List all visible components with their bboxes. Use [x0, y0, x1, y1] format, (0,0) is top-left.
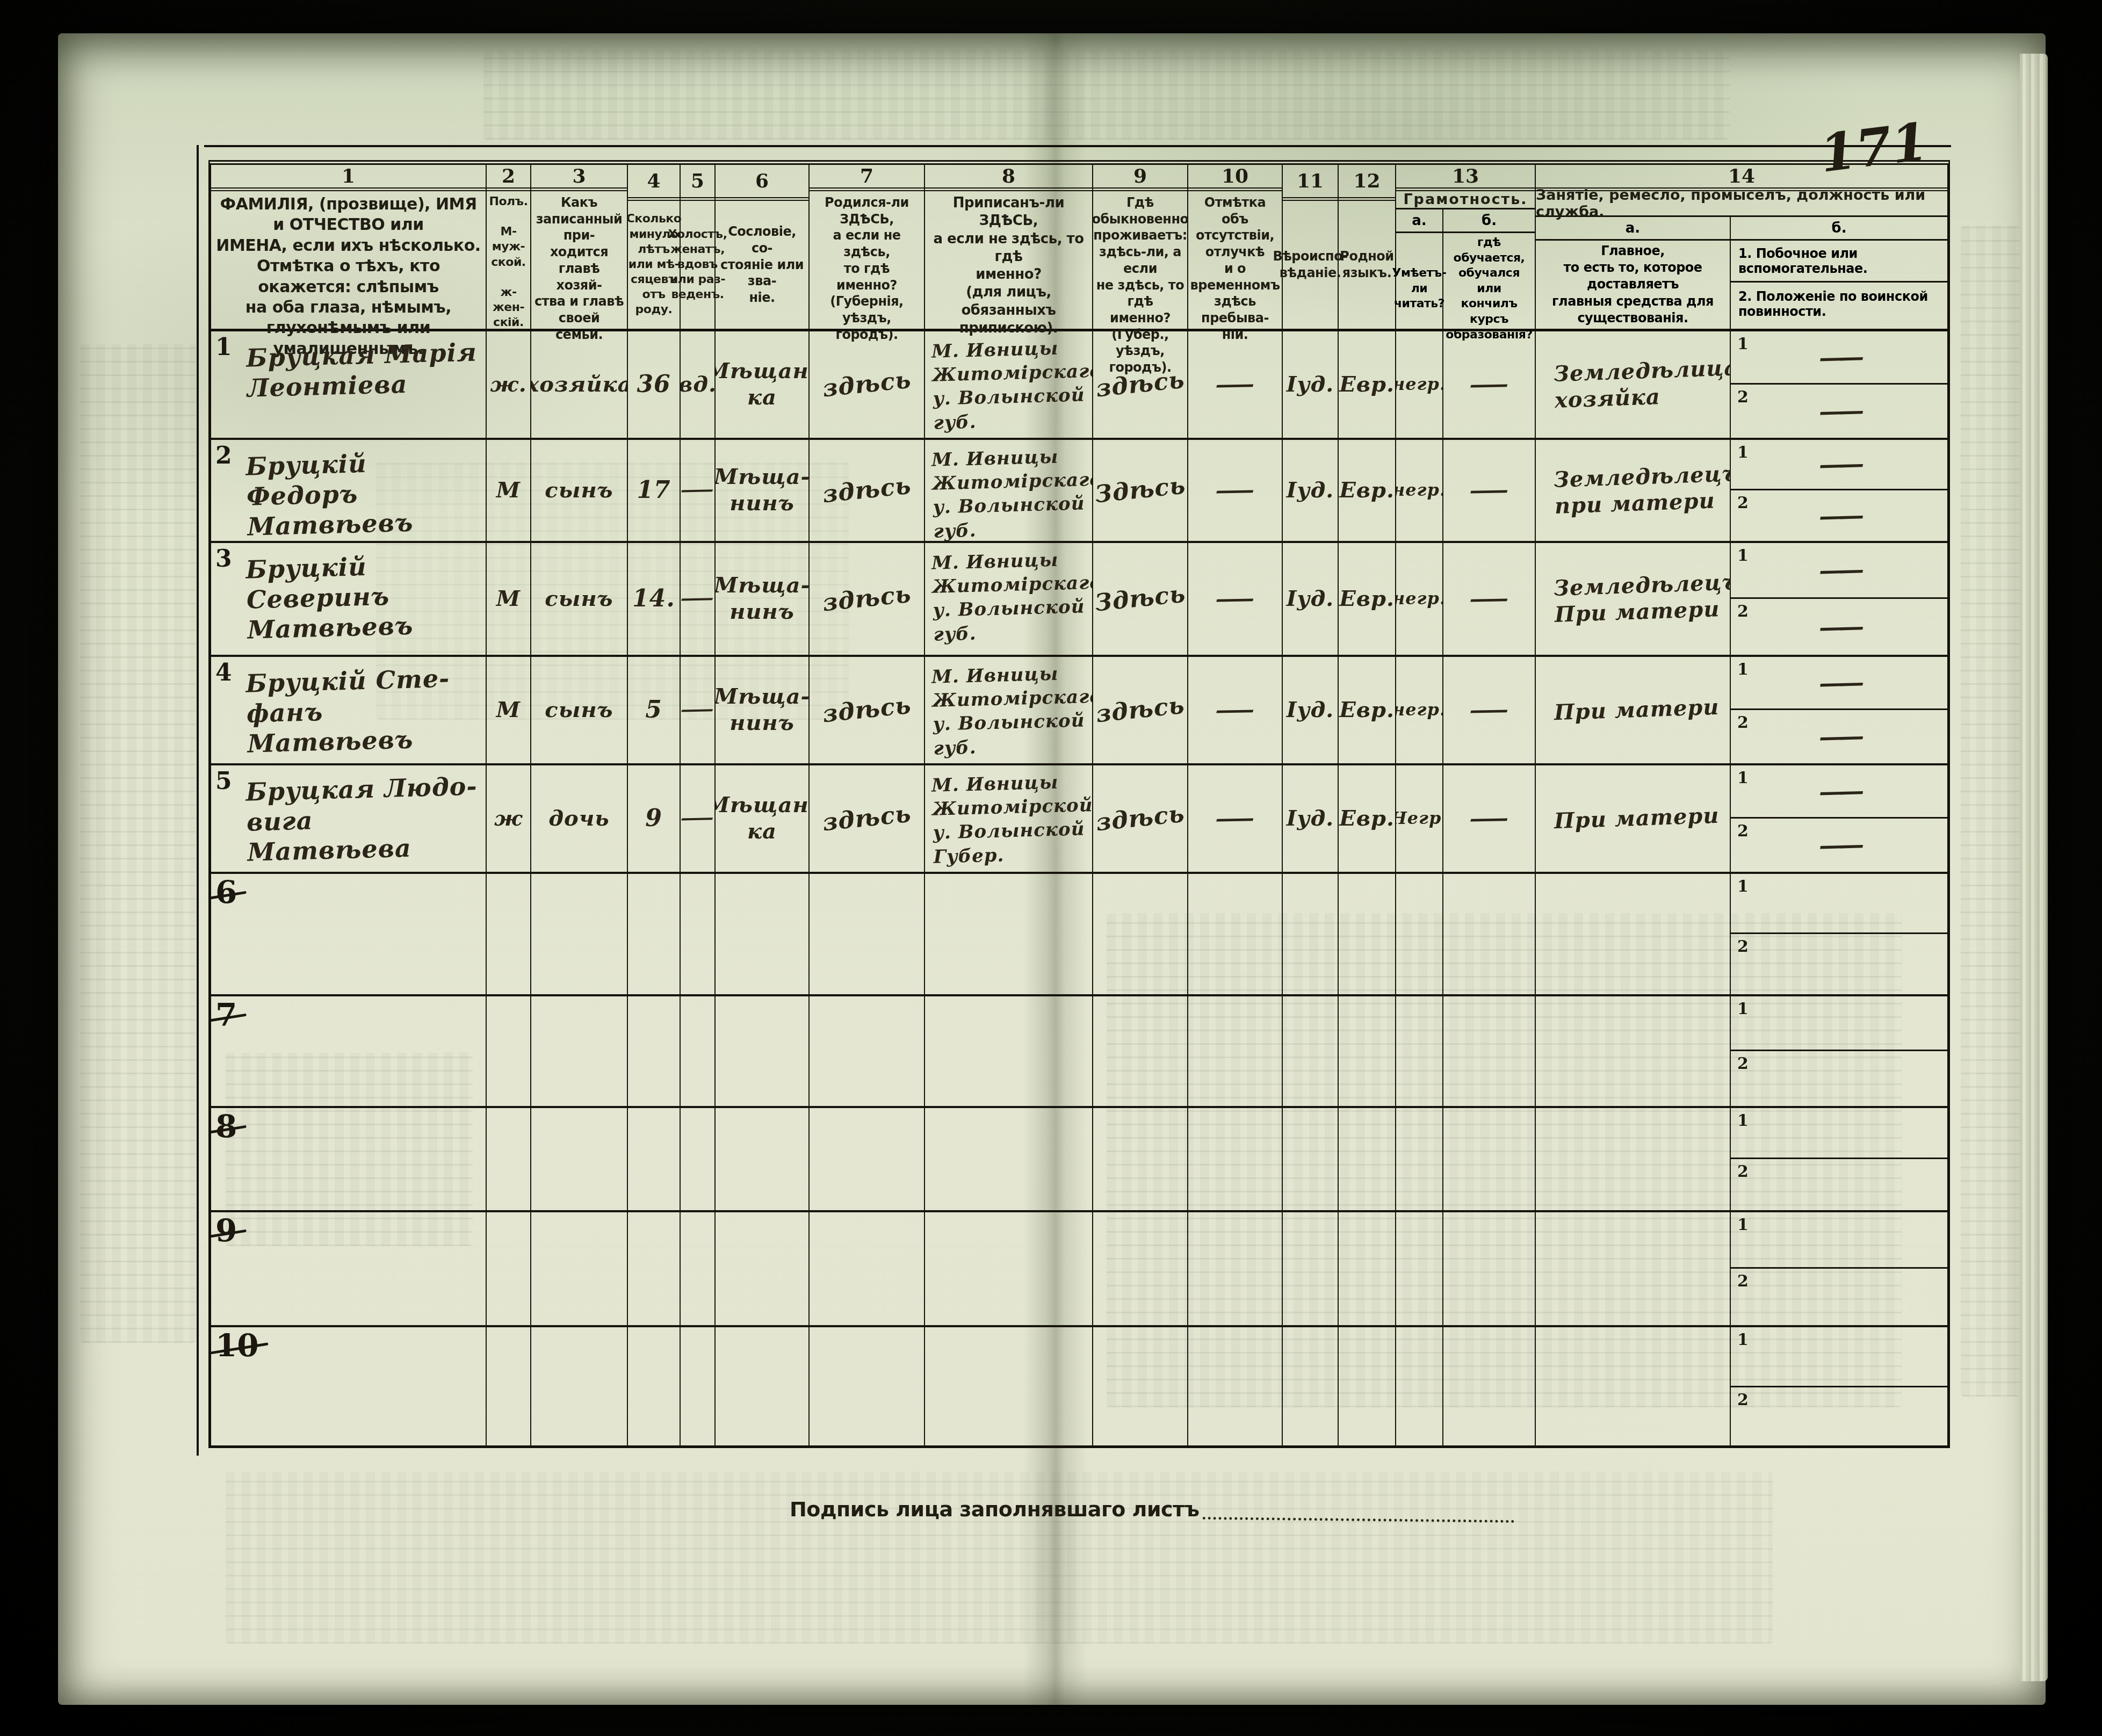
side-occupation-1: 1	[1731, 1108, 1947, 1159]
col-header-literacy-group: 13 Грамотность. а. Умѣетъ- ли читать? б.…	[1396, 165, 1536, 329]
name-cell: 2Бруцкій Федоръ Матвѣевъ	[211, 440, 487, 541]
col-number: 9	[1093, 165, 1187, 191]
table-row: 1Бруцкая Марія Леонтіева ж. хозяйка 36 в…	[211, 331, 1947, 440]
col-header-sex: 2 Полъ. М-муж- ской. ж-жен- скій.	[487, 165, 531, 329]
name-cell: 3Бруцкій Северинъ Матвѣевъ	[211, 543, 487, 655]
absence-cell	[1188, 1327, 1283, 1448]
side-occupation-1: 1	[1731, 874, 1947, 934]
literacy-edu-cell	[1443, 1327, 1536, 1448]
relation-cell	[531, 1108, 628, 1210]
age-cell: 17	[628, 440, 681, 541]
col-header-text: Полъ. М-муж- ской. ж-жен- скій.	[487, 191, 530, 334]
born-cell: здѣсь	[810, 543, 925, 655]
literacy-a-text: Умѣетъ- ли читать?	[1396, 233, 1442, 345]
literacy-a-col: а. Умѣетъ- ли читать?	[1396, 209, 1443, 345]
religion-cell	[1283, 1108, 1339, 1210]
relation-cell: сынъ	[531, 440, 628, 541]
relation-cell	[531, 1327, 628, 1448]
name-cell: 1Бруцкая Марія Леонтіева	[211, 331, 487, 438]
resides-cell	[1093, 1327, 1188, 1448]
col-number: 12	[1339, 165, 1395, 201]
registered-cell: М. Ивницы Житомірскаго у. Волынской губ.	[925, 657, 1093, 763]
occupation-b1-text: 1. Побочное или вспомогательнае.	[1731, 241, 1947, 283]
side-occupation-1: 1——	[1731, 765, 1947, 819]
table-row: 8 1 2	[211, 1108, 1947, 1212]
marital-cell	[681, 1212, 716, 1325]
sex-cell	[487, 1108, 531, 1210]
table-outer-left-rule	[197, 145, 199, 1456]
col-header-text: Холостъ, женатъ, вдовъ или раз- веденъ.	[681, 201, 714, 329]
table-row: 3Бруцкій Северинъ Матвѣевъ М сынъ 14. — …	[211, 543, 1947, 657]
col-header-text: Вѣроиспо- вѣданіе.	[1283, 201, 1338, 329]
literacy-group-label: Грамотность.	[1396, 191, 1535, 209]
sex-cell: М	[487, 657, 531, 763]
language-cell: Евр.	[1339, 543, 1396, 655]
occupation-main-cell	[1536, 1108, 1731, 1210]
side-occupation-2: 2	[1731, 1387, 1947, 1448]
estate-cell	[716, 996, 810, 1106]
marital-cell	[681, 996, 716, 1106]
name-cell: 5Бруцкая Людо- вига Матвѣева	[211, 765, 487, 872]
occupation-main-cell: Земледѣлецъ при матери	[1536, 440, 1731, 541]
col-header-estate: 6 Сословіе, со- стояніе или зва- ніе.	[716, 165, 810, 329]
language-cell: Евр.	[1339, 657, 1396, 763]
resides-cell	[1093, 874, 1188, 994]
table-row: 4Бруцкій Сте- фанъ Матвѣевъ М сынъ 5 — М…	[211, 657, 1947, 765]
registered-cell: М. Ивницы Житомірскаго у. Волынской губ.	[925, 440, 1093, 541]
born-cell	[810, 1327, 925, 1448]
signature-label: Подпись лица заполнявшаго листъ	[790, 1498, 1200, 1521]
literacy-edu-cell: —	[1443, 543, 1536, 655]
language-cell	[1339, 1108, 1396, 1210]
literacy-edu-cell	[1443, 1108, 1536, 1210]
resides-cell	[1093, 996, 1188, 1106]
language-cell	[1339, 874, 1396, 994]
absence-cell: —	[1188, 440, 1283, 541]
col-number: 4	[628, 165, 680, 201]
table-row: 5Бруцкая Людо- вига Матвѣева ж дочь 9 — …	[211, 765, 1947, 874]
resides-cell: Здѣсь	[1093, 543, 1188, 655]
literacy-read-cell: негр.	[1396, 657, 1443, 763]
side-occupation-1: 1	[1731, 996, 1947, 1051]
literacy-edu-cell: —	[1443, 331, 1536, 438]
col-header-language: 12 Родной языкъ.	[1339, 165, 1396, 329]
age-cell	[628, 996, 681, 1106]
estate-cell	[716, 1327, 810, 1448]
absence-cell	[1188, 874, 1283, 994]
occupation-main-cell	[1536, 1212, 1731, 1325]
registered-cell	[925, 1327, 1093, 1448]
relation-cell	[531, 1212, 628, 1325]
occupation-side-cell: 1—— 2——	[1731, 440, 1947, 541]
born-cell	[810, 874, 925, 994]
side-occupation-2: 2	[1731, 934, 1947, 994]
col-number: 13	[1396, 165, 1535, 191]
side-occupation-2: 2——	[1731, 490, 1947, 541]
table-header: 1 ФАМИЛІЯ, (прозвище), ИМЯ и ОТЧЕСТВО ил…	[211, 165, 1947, 331]
occupation-side-cell: 1 2	[1731, 1212, 1947, 1325]
occupation-main-cell: Земледѣлица хозяйка	[1536, 331, 1731, 438]
sex-cell: ж	[487, 765, 531, 872]
estate-cell: Мѣща- нинъ	[716, 657, 810, 763]
occupation-side-cell: 1—— 2——	[1731, 765, 1947, 872]
table-row: 9 1 2	[211, 1212, 1947, 1327]
resides-cell: здѣсь	[1093, 765, 1188, 872]
name-cell: 6	[211, 874, 487, 994]
estate-cell	[716, 874, 810, 994]
born-cell	[810, 996, 925, 1106]
relation-cell	[531, 996, 628, 1106]
name-cell: 9	[211, 1212, 487, 1325]
born-cell	[810, 1212, 925, 1325]
estate-cell	[716, 1108, 810, 1210]
age-cell: 9	[628, 765, 681, 872]
religion-cell: Іуд.	[1283, 765, 1339, 872]
name-cell: 4Бруцкій Сте- фанъ Матвѣевъ	[211, 657, 487, 763]
sub-label-b: б.	[1443, 209, 1535, 233]
table-row: 2Бруцкій Федоръ Матвѣевъ М сынъ 17 — Мѣщ…	[211, 440, 1947, 543]
col-header-occupation-group: 14 Занятіе, ремесло, промыселъ, должност…	[1536, 165, 1947, 329]
language-cell	[1339, 1327, 1396, 1448]
row-number: 8	[215, 1108, 237, 1145]
resides-cell: здѣсь	[1093, 331, 1188, 438]
language-cell: Евр.	[1339, 440, 1396, 541]
literacy-read-cell: негр.	[1396, 331, 1443, 438]
col-number: 2	[487, 165, 530, 191]
col-number: 6	[716, 165, 808, 201]
marital-cell	[681, 874, 716, 994]
col-header-registration: 8 Приписанъ-ли ЗДѢСЬ, а если не здѣсь, т…	[925, 165, 1093, 329]
marital-cell: вд.	[681, 331, 716, 438]
born-cell	[810, 1108, 925, 1210]
resides-cell	[1093, 1212, 1188, 1325]
table-outer-top-rule	[204, 145, 1951, 147]
literacy-b-col: б. гдѣ обучается, обучался или кончилъ к…	[1443, 209, 1535, 345]
side-occupation-2: 2	[1731, 1269, 1947, 1325]
occupation-side-cell: 1 2	[1731, 1327, 1947, 1448]
occupation-main-cell	[1536, 1327, 1731, 1448]
row-number: 10	[215, 1327, 259, 1364]
literacy-read-cell	[1396, 874, 1443, 994]
religion-cell: Іуд.	[1283, 657, 1339, 763]
relation-cell: дочь	[531, 765, 628, 872]
age-cell	[628, 874, 681, 994]
literacy-read-cell: негр.	[1396, 543, 1443, 655]
religion-cell	[1283, 1327, 1339, 1448]
name-cell: 8	[211, 1108, 487, 1210]
signature-line: Подпись лица заполнявшаго листъ	[790, 1498, 1514, 1521]
row-number: 7	[215, 996, 237, 1033]
side-occupation-1: 1	[1731, 1327, 1947, 1387]
religion-cell: Іуд.	[1283, 331, 1339, 438]
side-occupation-1: 1	[1731, 1212, 1947, 1269]
occupation-main-cell	[1536, 874, 1731, 994]
registered-cell	[925, 874, 1093, 994]
occupation-main-cell	[1536, 996, 1731, 1106]
sex-cell	[487, 874, 531, 994]
col-number: 1	[211, 165, 486, 191]
table-row: 7 1 2	[211, 996, 1947, 1108]
side-occupation-2: 2——	[1731, 710, 1947, 763]
born-cell: здѣсь	[810, 440, 925, 541]
registered-cell: М. Ивницы Житомірской у. Волынской Губер…	[925, 765, 1093, 872]
table-row: 6 1 2	[211, 874, 1947, 996]
marital-cell	[681, 1327, 716, 1448]
col-header-text: Какъ записанный при- ходится главѣ хозяй…	[531, 191, 627, 346]
occupation-side-cell: 1 2	[1731, 1108, 1947, 1210]
literacy-read-cell	[1396, 1327, 1443, 1448]
resides-cell	[1093, 1108, 1188, 1210]
age-cell: 5	[628, 657, 681, 763]
resides-cell: здѣсь	[1093, 657, 1188, 763]
relation-cell: хозяйка	[531, 331, 628, 438]
sex-cell: М	[487, 543, 531, 655]
sex-cell: М	[487, 440, 531, 541]
col-number: 10	[1188, 165, 1282, 191]
registered-cell: М. Ивницы Житомірскаго у. Волынской губ.	[925, 331, 1093, 438]
name-cell: 7	[211, 996, 487, 1106]
sex-cell	[487, 996, 531, 1106]
absence-cell: —	[1188, 543, 1283, 655]
estate-cell: Мѣща- нинъ	[716, 543, 810, 655]
age-cell: 36	[628, 331, 681, 438]
side-occupation-2: 2——	[1731, 599, 1947, 655]
literacy-read-cell	[1396, 996, 1443, 1106]
marital-cell: —	[681, 765, 716, 872]
estate-cell: Мѣщан- ка	[716, 331, 810, 438]
occupation-group-label: Занятіе, ремесло, промыселъ, должность и…	[1536, 191, 1947, 217]
sub-label-a: а.	[1536, 217, 1730, 241]
table-row: 10 1 2	[211, 1327, 1947, 1448]
occupation-side-cell: 1—— 2——	[1731, 657, 1947, 763]
col-header-marital: 5 Холостъ, женатъ, вдовъ или раз- веденъ…	[681, 165, 716, 329]
col-header-text: Приписанъ-ли ЗДѢСЬ, а если не здѣсь, то …	[925, 191, 1092, 341]
col-number: 3	[531, 165, 627, 191]
sex-cell	[487, 1212, 531, 1325]
row-number: 6	[215, 874, 237, 910]
registered-cell	[925, 1212, 1093, 1325]
language-cell	[1339, 996, 1396, 1106]
side-occupation-1: 1——	[1731, 440, 1947, 490]
born-cell: здѣсь	[810, 657, 925, 763]
row-number: 5	[215, 768, 232, 795]
absence-cell: —	[1188, 765, 1283, 872]
literacy-edu-cell: —	[1443, 657, 1536, 763]
language-cell: Евр.	[1339, 765, 1396, 872]
occupation-side-cell: 1 2	[1731, 996, 1947, 1106]
col-number: 7	[810, 165, 924, 191]
relation-cell: сынъ	[531, 657, 628, 763]
occupation-a-text: Главное, то есть то, которое доставляетъ…	[1536, 241, 1730, 329]
row-number: 4	[215, 659, 232, 686]
relation-cell: сынъ	[531, 543, 628, 655]
col-header-text: Родился-ли ЗДѢСЬ, а если не здѣсь, то гд…	[810, 191, 924, 346]
row-number: 2	[215, 442, 232, 469]
absence-cell	[1188, 996, 1283, 1106]
estate-cell: Мѣщан- ка	[716, 765, 810, 872]
registered-cell	[925, 1108, 1093, 1210]
literacy-read-cell: Негр.	[1396, 765, 1443, 872]
literacy-edu-cell	[1443, 996, 1536, 1106]
col-header-surname: 1 ФАМИЛІЯ, (прозвище), ИМЯ и ОТЧЕСТВО ил…	[211, 165, 487, 329]
side-occupation-2: 2	[1731, 1051, 1947, 1106]
relation-cell	[531, 874, 628, 994]
religion-cell: Іуд.	[1283, 440, 1339, 541]
occupation-b-col: б. 1. Побочное или вспомогательнае. 2. П…	[1731, 217, 1947, 329]
col-number: 5	[681, 165, 714, 201]
row-number: 3	[215, 545, 232, 573]
religion-cell: Іуд.	[1283, 543, 1339, 655]
religion-cell	[1283, 1212, 1339, 1325]
col-header-residence: 9 Гдѣ обыкновенно проживаетъ: здѣсь-ли, …	[1093, 165, 1188, 329]
col-header-relation: 3 Какъ записанный при- ходится главѣ хоз…	[531, 165, 628, 329]
born-cell: здѣсь	[810, 765, 925, 872]
resides-cell: Здѣсь	[1093, 440, 1188, 541]
marital-cell	[681, 1108, 716, 1210]
language-cell	[1339, 1212, 1396, 1325]
occupation-main-cell: Земледѣлецъ При матери	[1536, 543, 1731, 655]
literacy-edu-cell	[1443, 874, 1536, 994]
col-header-birthplace: 7 Родился-ли ЗДѢСЬ, а если не здѣсь, то …	[810, 165, 925, 329]
literacy-b-text: гдѣ обучается, обучался или кончилъ курс…	[1443, 233, 1535, 345]
literacy-edu-cell: —	[1443, 440, 1536, 541]
language-cell: Евр.	[1339, 331, 1396, 438]
age-cell: 14.	[628, 543, 681, 655]
absence-cell	[1188, 1212, 1283, 1325]
col-header-text: Родной языкъ.	[1339, 201, 1395, 329]
absence-cell: —	[1188, 331, 1283, 438]
born-cell: здѣсь	[810, 331, 925, 438]
occupation-side-cell: 1—— 2——	[1731, 543, 1947, 655]
occupation-side-cell: 1—— 2——	[1731, 331, 1947, 438]
registered-cell	[925, 996, 1093, 1106]
col-number: 11	[1283, 165, 1338, 201]
side-occupation-1: 1——	[1731, 543, 1947, 599]
age-cell	[628, 1212, 681, 1325]
marital-cell: —	[681, 543, 716, 655]
side-occupation-1: 1——	[1731, 657, 1947, 710]
literacy-read-cell	[1396, 1108, 1443, 1210]
col-header-text: Сословіе, со- стояніе или зва- ніе.	[716, 201, 808, 329]
occupation-b2-text: 2. Положеніе по воинской повинности.	[1731, 283, 1947, 329]
side-occupation-2: 2——	[1731, 819, 1947, 872]
estate-cell: Мѣща- нинъ	[716, 440, 810, 541]
col-header-absence: 10 Отмѣтка объ отсутствіи, отлучкѣ и о в…	[1188, 165, 1283, 329]
row-number: 1	[215, 334, 232, 361]
census-table: 1 ФАМИЛІЯ, (прозвище), ИМЯ и ОТЧЕСТВО ил…	[208, 160, 1950, 1448]
col-header-text: Отмѣтка объ отсутствіи, отлучкѣ и о врем…	[1188, 191, 1282, 346]
marital-cell: —	[681, 440, 716, 541]
signature-dotted-line	[1202, 1499, 1514, 1523]
occupation-a-col: а. Главное, то есть то, которое доставля…	[1536, 217, 1731, 329]
occupation-main-cell: При матери	[1536, 657, 1731, 763]
sub-label-a: а.	[1396, 209, 1442, 233]
literacy-read-cell: негр.	[1396, 440, 1443, 541]
side-occupation-2: 2	[1731, 1159, 1947, 1210]
col-header-religion: 11 Вѣроиспо- вѣданіе.	[1283, 165, 1339, 329]
side-occupation-1: 1——	[1731, 331, 1947, 385]
religion-cell	[1283, 996, 1339, 1106]
age-cell	[628, 1327, 681, 1448]
row-number: 9	[215, 1212, 237, 1249]
religion-cell	[1283, 874, 1339, 994]
literacy-edu-cell: —	[1443, 765, 1536, 872]
age-cell	[628, 1108, 681, 1210]
side-occupation-2: 2——	[1731, 385, 1947, 438]
absence-cell: —	[1188, 657, 1283, 763]
sex-cell	[487, 1327, 531, 1448]
absence-cell	[1188, 1108, 1283, 1210]
sub-label-b: б.	[1731, 217, 1947, 241]
name-cell: 10	[211, 1327, 487, 1448]
literacy-read-cell	[1396, 1212, 1443, 1325]
registered-cell: М. Ивницы Житомірскаго у. Волынской губ.	[925, 543, 1093, 655]
literacy-edu-cell	[1443, 1212, 1536, 1325]
sex-cell: ж.	[487, 331, 531, 438]
estate-cell	[716, 1212, 810, 1325]
col-number: 8	[925, 165, 1092, 191]
marital-cell: —	[681, 657, 716, 763]
occupation-side-cell: 1 2	[1731, 874, 1947, 994]
occupation-main-cell: При матери	[1536, 765, 1731, 872]
